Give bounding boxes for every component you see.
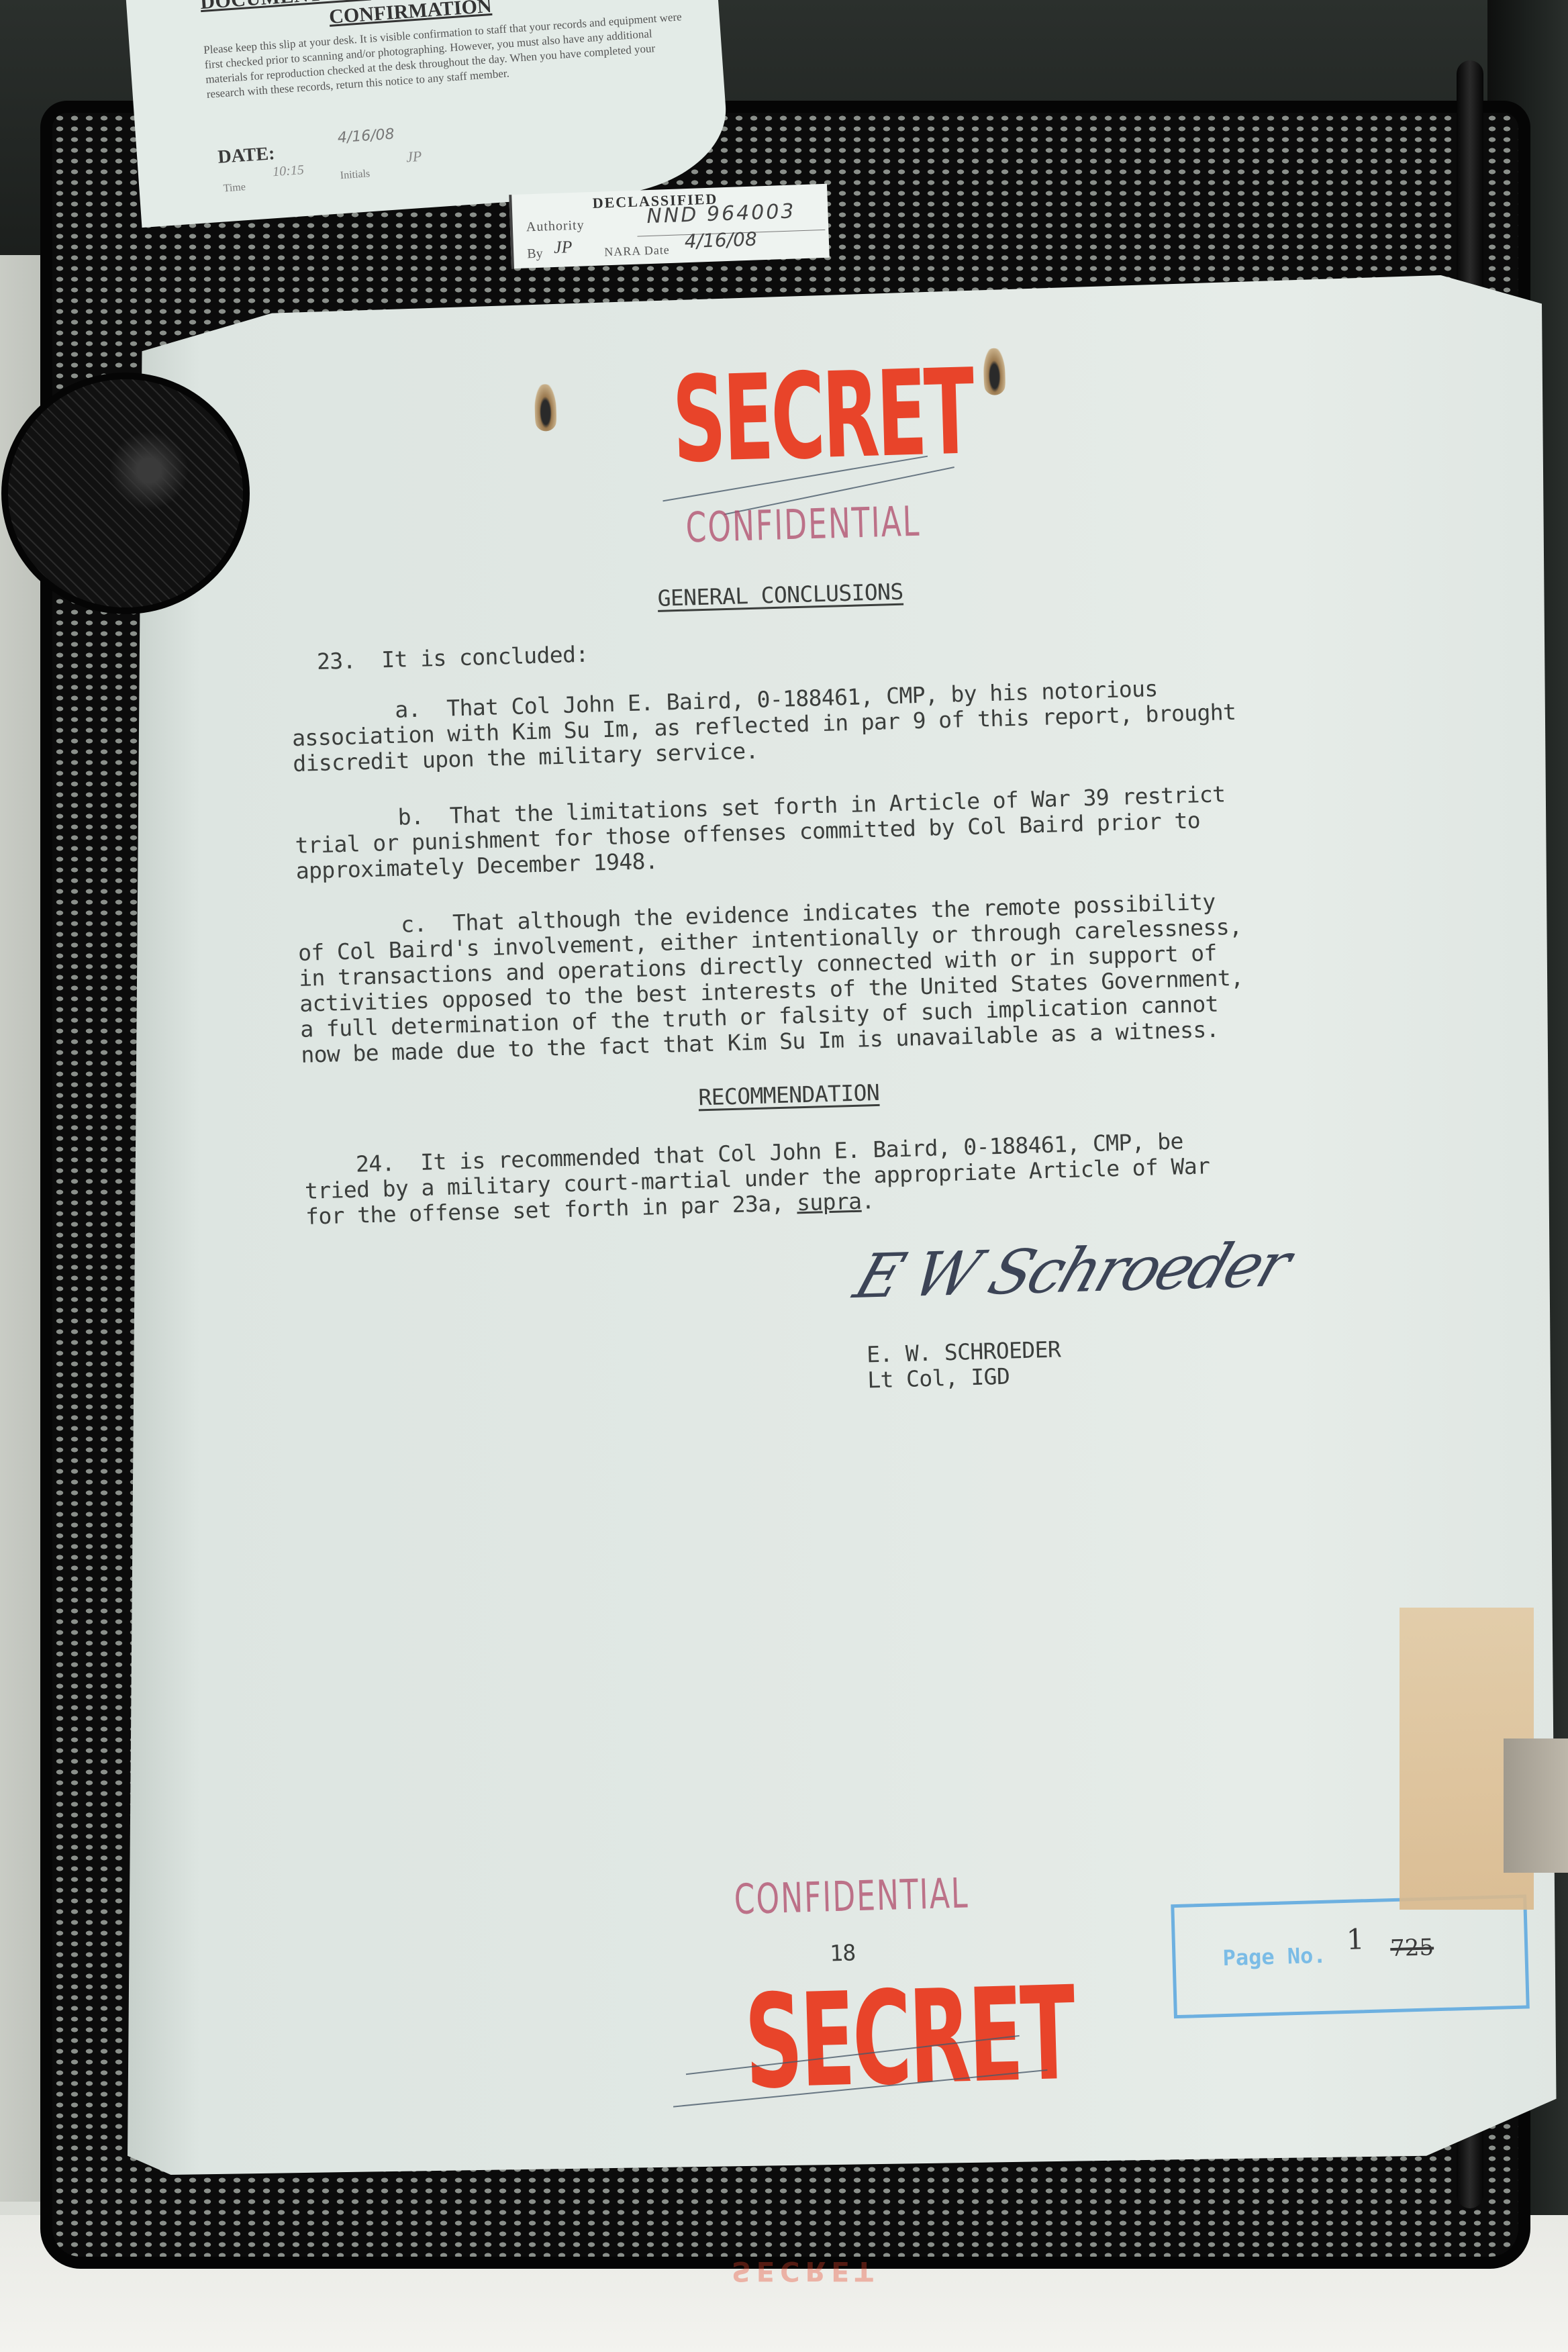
authority-value: NND 964003 — [646, 199, 796, 228]
metal-clip — [1504, 1738, 1568, 1873]
nara-date-label: NARA Date — [604, 243, 670, 259]
staple-hole-left — [534, 384, 557, 432]
document-page: SECRET CONFIDENTIAL GENERAL CONCLUSIONS … — [128, 275, 1568, 2175]
declassified-label: DECLASSIFIED Authority NND 964003 By JP … — [509, 184, 830, 268]
mesh-knob — [8, 379, 243, 607]
paragraph-23-intro: 23. It is concluded: — [317, 642, 589, 675]
page-no-struck-value: 725 — [1390, 1934, 1434, 1962]
slip-date-label: DATE: — [217, 143, 275, 168]
page-no-stamp: Page No. 1 725 — [1171, 1894, 1530, 2018]
authority-label: Authority — [526, 217, 585, 235]
paragraph-24-period: . — [861, 1187, 875, 1214]
signer-name: E. W. SCHROEDER — [867, 1337, 1061, 1368]
slip-initials-value: JP — [405, 148, 422, 166]
handwritten-signature: E W Schroeder — [846, 1230, 1297, 1313]
page-no-value: 1 — [1346, 1922, 1365, 1956]
supra-emphasis: supra — [796, 1188, 861, 1216]
by-value: JP — [553, 237, 572, 258]
nara-date-value: 4/16/08 — [684, 228, 757, 252]
slip-body: Please keep this slip at your desk. It i… — [203, 9, 689, 102]
document-page-content: SECRET CONFIDENTIAL GENERAL CONCLUSIONS … — [112, 255, 1568, 2194]
page-no-label: Page No. — [1222, 1943, 1326, 1971]
bottom-confidential-stamp: CONFIDENTIAL — [734, 1869, 969, 1924]
general-conclusions-heading: GENERAL CONCLUSIONS — [657, 579, 903, 611]
slip-initials-label: Initials — [340, 168, 371, 182]
staple-hole-right — [983, 348, 1006, 395]
top-confidential-stamp: CONFIDENTIAL — [685, 498, 921, 552]
secret-stamp-reflection: SECRET — [732, 2255, 879, 2286]
page-number: 18 — [830, 1940, 856, 1966]
recommendation-heading: RECOMMENDATION — [698, 1080, 880, 1111]
slip-time-value: 10:15 — [272, 162, 304, 180]
slip-time-label: Time — [223, 181, 246, 195]
slip-date-value: 4/16/08 — [337, 126, 395, 147]
signer-title: Lt Col, IGD — [867, 1364, 1010, 1393]
by-label: By — [527, 246, 543, 262]
top-secret-stamp: SECRET — [671, 343, 974, 489]
